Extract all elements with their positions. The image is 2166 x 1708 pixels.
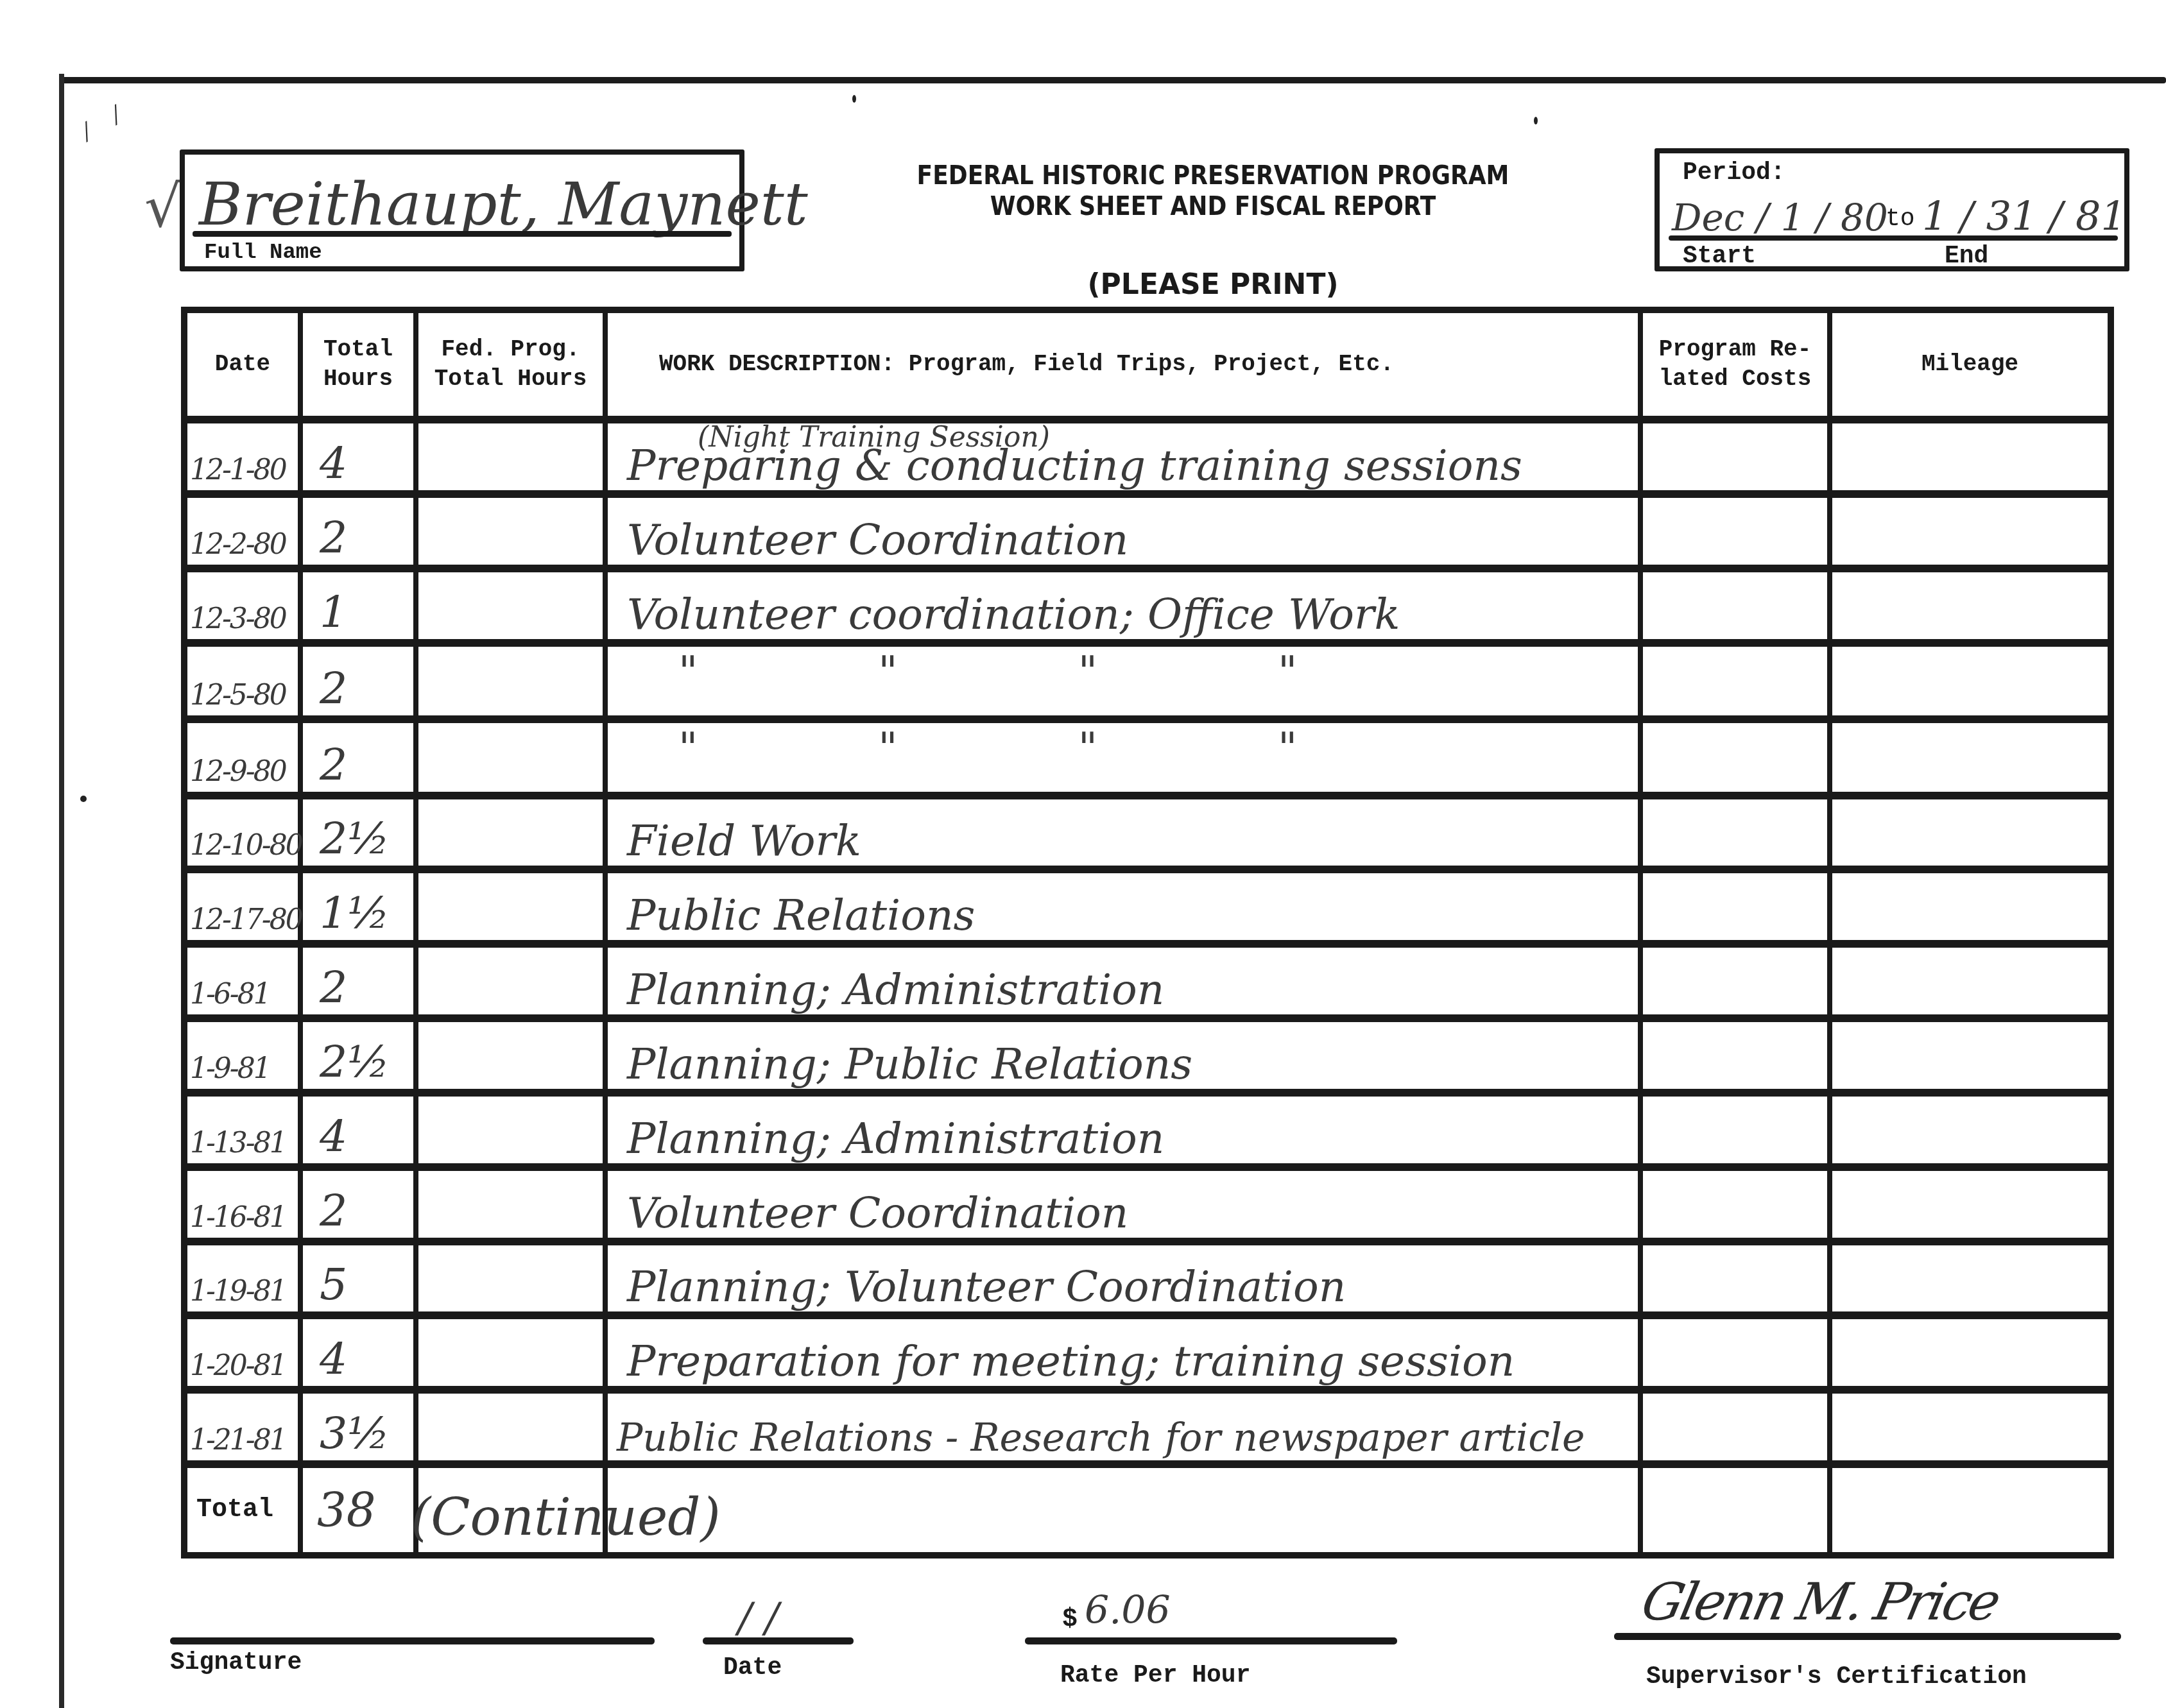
page-border-left: [59, 74, 64, 1708]
row-description[interactable]: Public Relations - Research for newspape…: [608, 1394, 1643, 1468]
row-description[interactable]: Preparation for meeting; training sessio…: [608, 1319, 1643, 1394]
rate-line: [1025, 1637, 1397, 1644]
date-field[interactable]: / /: [738, 1594, 778, 1642]
row-fed-hours[interactable]: [418, 1394, 608, 1468]
row-fed-hours[interactable]: [418, 423, 608, 498]
row-mileage[interactable]: [1832, 647, 2108, 723]
rate-per-hour-label: Rate Per Hour: [1060, 1662, 1250, 1689]
row-hours[interactable]: 2: [303, 647, 418, 723]
total-mileage[interactable]: [1832, 1468, 2108, 1552]
signature-line: [170, 1637, 655, 1644]
row-costs[interactable]: [1643, 1171, 1832, 1245]
period-end-field[interactable]: 1 / 31 / 81: [1922, 192, 2126, 239]
total-description: [608, 1468, 1643, 1552]
row-fed-hours[interactable]: [418, 1245, 608, 1320]
header-program-costs: Program Re- lated Costs: [1643, 313, 1832, 423]
row-description[interactable]: Public Relations: [608, 873, 1643, 948]
header-mileage: Mileage: [1832, 313, 2108, 423]
row-date[interactable]: 1-13-81: [187, 1097, 303, 1171]
row-hours[interactable]: 3½: [303, 1394, 418, 1468]
supervisor-signature[interactable]: Glenn M. Price: [1637, 1572, 2004, 1632]
row-date[interactable]: 12-17-80: [187, 873, 303, 948]
margin-speck: [852, 95, 856, 103]
row-hours[interactable]: 4: [303, 1319, 418, 1394]
supervisor-line: [1614, 1633, 2121, 1640]
supervisor-certification-label: Supervisor's Certification: [1646, 1663, 2027, 1691]
row-description[interactable]: (Night Training Session) Preparing & con…: [608, 423, 1643, 498]
row-fed-hours[interactable]: [418, 1319, 608, 1394]
work-sheet-table: Date Total Hours Fed. Prog. Total Hours …: [181, 307, 2114, 1559]
row-description[interactable]: Planning; Volunteer Coordination: [608, 1245, 1643, 1320]
row-hours[interactable]: 2: [303, 948, 418, 1022]
row-date[interactable]: 12-2-80: [187, 498, 303, 572]
row-fed-hours[interactable]: [418, 572, 608, 647]
row-mileage[interactable]: [1832, 572, 2108, 647]
row-fed-hours[interactable]: [418, 1022, 608, 1097]
period-end-label: End: [1945, 243, 1988, 270]
total-label: Total: [187, 1468, 303, 1552]
row-hours[interactable]: 2½: [303, 1022, 418, 1097]
row-hours[interactable]: 1½: [303, 873, 418, 948]
row-fed-hours[interactable]: [418, 1171, 608, 1245]
row-costs[interactable]: [1643, 423, 1832, 498]
page-border-top: [61, 77, 2166, 83]
row-description[interactable]: Planning; Public Relations: [608, 1022, 1643, 1097]
check-mark-icon: √: [144, 173, 181, 241]
continued-note: (Continued): [411, 1487, 721, 1547]
row-fed-hours[interactable]: [418, 873, 608, 948]
row-description[interactable]: Planning; Administration: [608, 1097, 1643, 1171]
margin-speck: [80, 796, 87, 802]
margin-speck: [1534, 117, 1538, 124]
row-hours[interactable]: 4: [303, 1097, 418, 1171]
row-costs[interactable]: [1643, 647, 1832, 723]
margin-marks: ⁄ ⁄: [73, 99, 133, 152]
row-date[interactable]: 1-16-81: [187, 1171, 303, 1245]
row-mileage[interactable]: [1832, 498, 2108, 572]
total-hours-value[interactable]: 38: [303, 1468, 418, 1552]
row-mileage[interactable]: [1832, 1394, 2108, 1468]
row-costs[interactable]: [1643, 572, 1832, 647]
row-description[interactable]: Volunteer Coordination: [608, 1171, 1643, 1245]
row-date[interactable]: 12-10-80: [187, 799, 303, 874]
row-date[interactable]: 1-20-81: [187, 1319, 303, 1394]
row-costs[interactable]: [1643, 1022, 1832, 1097]
row-mileage[interactable]: [1832, 873, 2108, 948]
row-costs[interactable]: [1643, 1319, 1832, 1394]
row-hours[interactable]: 2: [303, 498, 418, 572]
period-to-label: to: [1886, 205, 1915, 233]
period-label: Period:: [1683, 159, 1785, 187]
row-hours[interactable]: 4: [303, 423, 418, 498]
print-instruction: (PLEASE PRINT): [892, 268, 1534, 301]
header-fed-prog-hours: Fed. Prog. Total Hours: [418, 313, 608, 423]
row-hours[interactable]: 1: [303, 572, 418, 647]
row-date[interactable]: 1-19-81: [187, 1245, 303, 1320]
row-costs[interactable]: [1643, 1097, 1832, 1171]
row-hours[interactable]: 2: [303, 1171, 418, 1245]
row-date[interactable]: 1-9-81: [187, 1022, 303, 1097]
row-mileage[interactable]: [1832, 1171, 2108, 1245]
form-title-line-1: FEDERAL HISTORIC PRESERVATION PROGRAM: [892, 160, 1534, 191]
row-fed-hours[interactable]: [418, 1097, 608, 1171]
row-mileage[interactable]: [1832, 799, 2108, 874]
form-title: FEDERAL HISTORIC PRESERVATION PROGRAM WO…: [892, 160, 1534, 222]
row-costs[interactable]: [1643, 799, 1832, 874]
row-description-ditto[interactable]: " " " ": [608, 723, 1643, 799]
row-mileage[interactable]: [1832, 948, 2108, 1022]
row-fed-hours[interactable]: [418, 799, 608, 874]
full-name-label: Full Name: [204, 241, 322, 265]
row-description[interactable]: Planning; Administration: [608, 948, 1643, 1022]
header-work-description: WORK DESCRIPTION: Program, Field Trips, …: [608, 313, 1643, 423]
row-hours[interactable]: 2½: [303, 799, 418, 874]
row-hours[interactable]: 2: [303, 723, 418, 799]
row-date[interactable]: 12-3-80: [187, 572, 303, 647]
row-costs[interactable]: [1643, 948, 1832, 1022]
full-name-underline: [193, 231, 732, 237]
row-costs[interactable]: [1643, 1245, 1832, 1320]
date-label: Date: [723, 1654, 782, 1682]
row-hours[interactable]: 5: [303, 1245, 418, 1320]
row-mileage[interactable]: [1832, 1319, 2108, 1394]
row-date[interactable]: 12-9-80: [187, 723, 303, 799]
period-start-field[interactable]: Dec / 1 / 80: [1672, 196, 1888, 239]
row-fed-hours[interactable]: [418, 498, 608, 572]
row-date[interactable]: 1-21-81: [187, 1394, 303, 1468]
row-description[interactable]: Field Work: [608, 799, 1643, 874]
row-description[interactable]: Volunteer Coordination: [608, 498, 1643, 572]
row-mileage[interactable]: [1832, 723, 2108, 799]
row-description-note: (Night Training Session): [698, 421, 1050, 454]
row-date[interactable]: 1-6-81: [187, 948, 303, 1022]
header-date: Date: [187, 313, 303, 423]
row-mileage[interactable]: [1832, 423, 2108, 498]
row-date[interactable]: 12-1-80: [187, 423, 303, 498]
form-title-line-2: WORK SHEET AND FISCAL REPORT: [892, 191, 1534, 222]
header-total-hours: Total Hours: [303, 313, 418, 423]
row-costs[interactable]: [1643, 498, 1832, 572]
period-underline: [1669, 235, 2118, 241]
row-mileage[interactable]: [1832, 1245, 2108, 1320]
period-start-label: Start: [1683, 243, 1756, 270]
row-mileage[interactable]: [1832, 1022, 2108, 1097]
row-costs[interactable]: [1643, 1394, 1832, 1468]
rate-per-hour-field[interactable]: 6.06: [1085, 1588, 1171, 1633]
row-description[interactable]: Volunteer coordination; Office Work: [608, 572, 1643, 647]
row-costs[interactable]: [1643, 723, 1832, 799]
row-fed-hours[interactable]: [418, 647, 608, 723]
row-description-ditto[interactable]: " " " ": [608, 647, 1643, 723]
full-name-field[interactable]: Breithaupt, Maynett: [199, 170, 808, 239]
signature-label: Signature: [170, 1649, 302, 1677]
row-fed-hours[interactable]: [418, 723, 608, 799]
row-mileage[interactable]: [1832, 1097, 2108, 1171]
row-costs[interactable]: [1643, 873, 1832, 948]
rate-currency-symbol: $: [1062, 1605, 1078, 1634]
row-fed-hours[interactable]: [418, 948, 608, 1022]
total-costs[interactable]: [1643, 1468, 1832, 1552]
row-date[interactable]: 12-5-80: [187, 647, 303, 723]
